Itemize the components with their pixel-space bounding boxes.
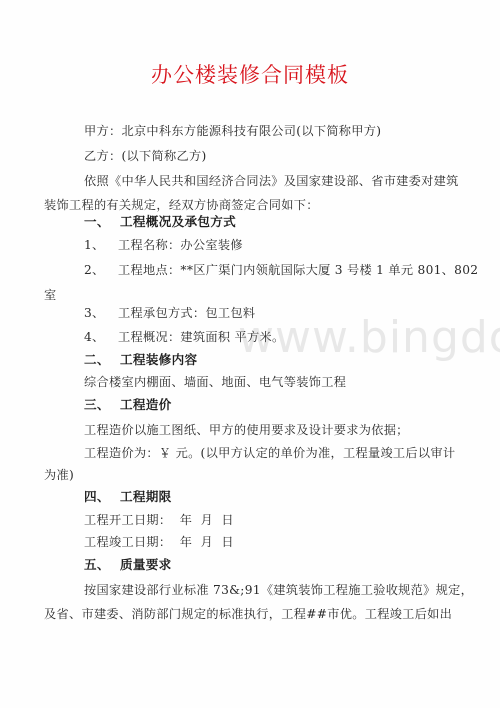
section-2-heading: 二、工程装修内容 — [84, 352, 500, 368]
item-number: 3、 — [84, 305, 118, 321]
section-number: 三、 — [84, 397, 120, 413]
section-5-body-line-1: 按国家建设部行业标准 73&;91《建筑装饰工程施工验收规范》规定， — [84, 582, 500, 598]
item-number: 2、 — [84, 262, 118, 278]
section-1-item-1: 1、工程名称：办公室装修 — [84, 237, 500, 253]
section-number: 一、 — [84, 214, 120, 230]
section-3-body-line-3: 为准) — [44, 467, 464, 483]
item-text: 工程地点：**区广渠门内领航国际大厦 3 号楼 1 单元 801、802 — [118, 263, 478, 277]
party-a-line: 甲方：北京中科东方能源科技有限公司(以下简称甲方) — [84, 123, 500, 139]
item-number: 4、 — [84, 329, 118, 345]
item-text: 工程名称：办公室装修 — [118, 238, 243, 252]
section-title: 工程装修内容 — [120, 352, 197, 367]
section-2-body: 综合楼室内棚面、墙面、地面、电气等装饰工程 — [84, 374, 500, 390]
section-1-item-2-continuation: 室 — [44, 287, 464, 303]
section-3-heading: 三、工程造价 — [84, 397, 500, 413]
section-number: 四、 — [84, 489, 120, 505]
section-title: 工程造价 — [120, 397, 172, 412]
document-page: 办公楼装修合同模板 甲方：北京中科东方能源科技有限公司(以下简称甲方) 乙方：(… — [0, 0, 500, 708]
section-5-body-line-2: 及省、市建委、消防部门规定的标准执行，工程##市优。工程竣工后如出 — [44, 606, 464, 622]
preamble-line-1: 依照《中华人民共和国经济合同法》及国家建设部、省市建委对建筑 — [84, 173, 500, 189]
section-title: 工程概况及承包方式 — [120, 214, 236, 229]
section-3-body-line-1: 工程造价以施工图纸、甲方的使用要求及设计要求为依据； — [84, 422, 500, 438]
party-b-line: 乙方：(以下简称乙方) — [84, 148, 500, 164]
start-date-line: 工程开工日期： 年 月 日 — [84, 512, 500, 528]
item-text: 工程概况：建筑面积 平方米。 — [118, 330, 285, 344]
section-1-heading: 一、工程概况及承包方式 — [84, 214, 500, 230]
section-5-heading: 五、质量要求 — [84, 557, 500, 573]
document-title: 办公楼装修合同模板 — [0, 62, 500, 88]
section-number: 五、 — [84, 557, 120, 573]
section-4-heading: 四、工程期限 — [84, 489, 500, 505]
preamble-line-2: 装饰工程的有关规定，经双方协商签定合同如下： — [44, 197, 464, 213]
section-3-body-line-2: 工程造价为：￥ 元。(以甲方认定的单价为准，工程量竣工后以审计 — [84, 445, 500, 461]
item-number: 1、 — [84, 237, 118, 253]
section-1-item-2: 2、工程地点：**区广渠门内领航国际大厦 3 号楼 1 单元 801、802 — [84, 262, 500, 278]
section-1-item-4: 4、工程概况：建筑面积 平方米。 — [84, 329, 500, 345]
section-1-item-3: 3、工程承包方式：包工包料 — [84, 305, 500, 321]
section-title: 质量要求 — [120, 557, 172, 572]
section-number: 二、 — [84, 352, 120, 368]
section-title: 工程期限 — [120, 489, 172, 504]
item-text: 工程承包方式：包工包料 — [118, 306, 255, 320]
end-date-line: 工程竣工日期： 年 月 日 — [84, 534, 500, 550]
